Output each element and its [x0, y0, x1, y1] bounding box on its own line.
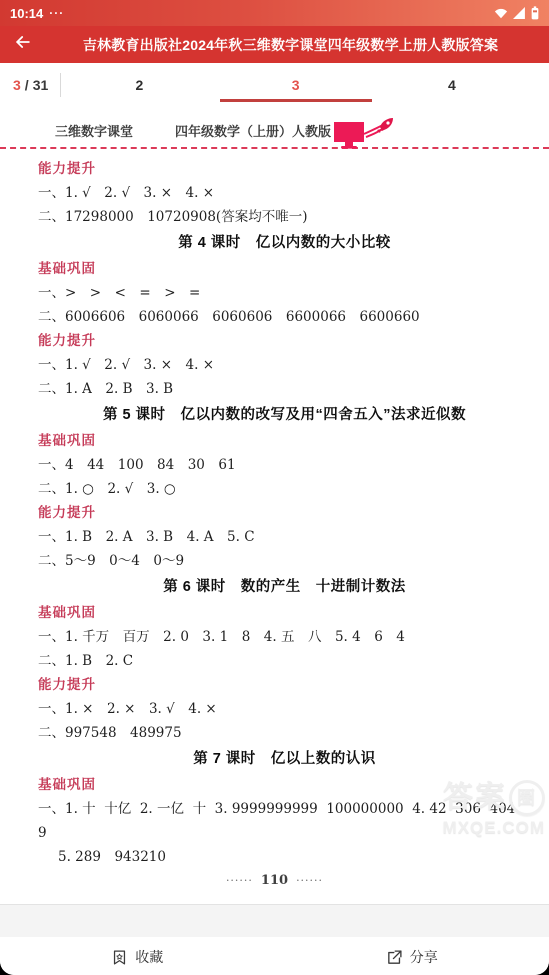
status-time: 10:14	[10, 6, 43, 21]
doc-book-title: 四年级数学（上册）人教版	[175, 121, 331, 140]
share-button[interactable]: 分享	[275, 947, 549, 967]
doc-page-footer: ······ 110 ······	[0, 873, 549, 888]
doc-heading: 第 4 课时 亿以内数的大小比较	[38, 229, 531, 257]
footer-dots-right: ······	[296, 874, 323, 887]
share-label: 分享	[410, 947, 438, 967]
wifi-icon	[494, 7, 508, 19]
doc-line: 一、> > < = > =	[38, 281, 531, 305]
doc-line: 一、1. 千万 百万 2. 0 3. 1 8 4. 五 八 5. 4 6 4	[38, 625, 531, 649]
bookmark-star-icon	[111, 949, 128, 966]
doc-page-header: 三维数字课堂 四年级数学（上册）人教版	[0, 107, 549, 140]
total-pages: 31	[33, 77, 49, 93]
doc-page-number: 110	[261, 873, 288, 888]
watermark-text: 答案	[443, 783, 507, 813]
doc-line: 二、1. ○ 2. √ 3. ○	[38, 477, 531, 501]
doc-line: 二、997548 489975	[38, 721, 531, 745]
doc-label: 能力提升	[38, 329, 531, 353]
doc-line: 二、6006606 6060066 6060606 6600066 660066…	[38, 305, 531, 329]
share-icon	[386, 949, 403, 966]
watermark-domain: MXQE.COM	[443, 818, 545, 838]
doc-heading: 第 5 课时 亿以内数的改写及用“四舍五入”法求近似数	[38, 401, 531, 429]
monitor-rocket-graphic	[333, 117, 395, 153]
battery-icon	[531, 6, 539, 20]
pagination-bar: 3 / 31 2 3 4	[0, 63, 549, 107]
doc-line: 一、1. √ 2. √ 3. × 4. ×	[38, 353, 531, 377]
page-separator: /	[25, 77, 29, 93]
doc-label: 能力提升	[38, 501, 531, 525]
doc-line: 二、1. A 2. B 3. B	[38, 377, 531, 401]
doc-line: 二、1. B 2. C	[38, 649, 531, 673]
doc-heading: 第 7 课时 亿以上数的认识	[38, 745, 531, 773]
app-header: 吉林教育出版社2024年秋三维数字课堂四年级数学上册人教版答案	[0, 26, 549, 63]
doc-series-title: 三维数字课堂	[55, 121, 133, 140]
cellular-signal-icon	[513, 7, 526, 19]
page-tab-2[interactable]: 2	[61, 63, 217, 107]
back-button[interactable]	[0, 26, 46, 63]
watermark: 答案 圈 MXQE.COM	[443, 780, 545, 838]
page-tab-4[interactable]: 4	[374, 63, 530, 107]
page-tabs: 2 3 4	[61, 63, 530, 107]
doc-heading: 第 6 课时 数的产生 十进制计数法	[38, 573, 531, 601]
doc-line: 一、1. √ 2. √ 3. × 4. ×	[38, 181, 531, 205]
footer-dots-left: ······	[226, 874, 253, 887]
favorite-label: 收藏	[135, 947, 163, 967]
answers-content: 能力提升一、1. √ 2. √ 3. × 4. ×二、17298000 1072…	[0, 149, 549, 869]
page-title: 吉林教育出版社2024年秋三维数字课堂四年级数学上册人教版答案	[46, 35, 549, 55]
doc-label: 基础巩固	[38, 429, 531, 453]
doc-label: 能力提升	[38, 673, 531, 697]
scroll-gap	[0, 904, 549, 937]
doc-line: 一、1. B 2. A 3. B 4. A 5. C	[38, 525, 531, 549]
doc-line: 一、1. × 2. × 3. √ 4. ×	[38, 697, 531, 721]
status-bar: 10:14 ···	[0, 0, 549, 26]
page-indicator: 3 / 31	[0, 77, 48, 93]
doc-line: 二、5～9 0～4 0～9	[38, 549, 531, 573]
doc-label: 能力提升	[38, 157, 531, 181]
app-screen: 10:14 ···	[0, 0, 549, 975]
doc-label: 基础巩固	[38, 257, 531, 281]
current-page-number: 3	[13, 77, 21, 93]
favorite-button[interactable]: 收藏	[0, 947, 275, 967]
doc-label: 基础巩固	[38, 601, 531, 625]
doc-line2: 5. 289 943210	[38, 845, 531, 869]
doc-line: 二、17298000 10720908(答案均不唯一)	[38, 205, 531, 229]
doc-line: 一、4 44 100 84 30 61	[38, 453, 531, 477]
answer-document[interactable]: 三维数字课堂 四年级数学（上册）人教版 能力提升一、1. √ 2. √ 3. ×…	[0, 107, 549, 904]
back-arrow-icon	[13, 32, 33, 57]
page-tab-3[interactable]: 3	[218, 63, 374, 107]
status-more-icon: ···	[49, 6, 64, 20]
bottom-action-bar: 收藏 分享	[0, 937, 549, 975]
watermark-badge: 圈	[509, 780, 545, 816]
